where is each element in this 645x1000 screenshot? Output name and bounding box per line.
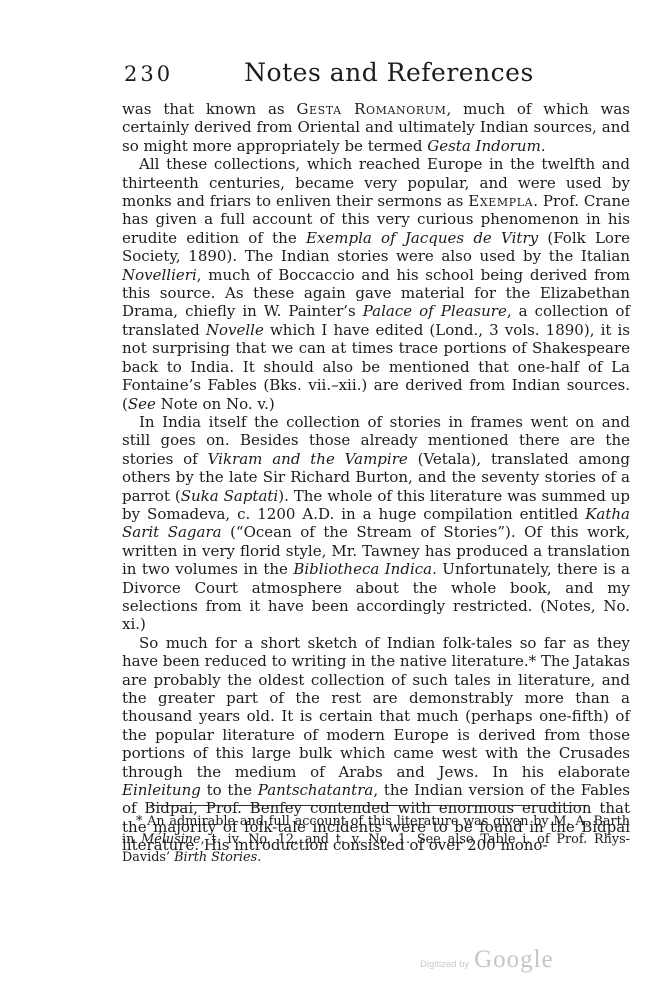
- italic-text: Bibliotheca Indica: [293, 560, 432, 578]
- text-run: Note on No. v.): [156, 395, 275, 413]
- italic-text: Mélusine: [141, 832, 201, 847]
- body-text: was that known as Gesta Romanorum, much …: [122, 100, 630, 855]
- paragraph: In India itself the collection of storie…: [122, 413, 630, 634]
- page-header: 230 Notes and References: [122, 58, 630, 90]
- italic-text: Einleitung: [122, 781, 201, 799]
- italic-text: Palace of Pleasure: [363, 302, 507, 320]
- italic-text: Vikram and the Vampire: [208, 450, 408, 468]
- smallcaps-text: Gesta Romanorum: [296, 100, 446, 118]
- digitized-by-label: Digitized by: [420, 959, 469, 970]
- italic-text: Pantschatantra: [258, 781, 374, 799]
- text-run: So much for a short sketch of Indian fol…: [122, 634, 630, 781]
- italic-text: Novellieri: [122, 266, 197, 284]
- italic-text: Novelle: [206, 321, 264, 339]
- paragraph: All these collections, which reached Eur…: [122, 155, 630, 413]
- italic-text: See: [128, 395, 156, 413]
- footnote-rule: [150, 805, 588, 806]
- smallcaps-text: Exempla: [468, 192, 533, 210]
- text-run: .: [257, 850, 261, 865]
- italic-text: Gesta Indorum: [427, 137, 541, 155]
- italic-text: Exempla of Jacques de Vitry: [306, 229, 538, 247]
- text-run: to the: [201, 781, 258, 799]
- italic-text: Suka Saptati: [181, 487, 279, 505]
- book-page: 230 Notes and References was that known …: [0, 0, 645, 1000]
- paragraph: was that known as Gesta Romanorum, much …: [122, 100, 630, 155]
- running-title: Notes and References: [122, 58, 630, 87]
- text-run: .: [541, 137, 546, 155]
- watermark: Digitized by Google: [420, 946, 554, 974]
- text-run: was that known as: [122, 100, 296, 118]
- google-logo: Google: [474, 946, 554, 974]
- footnote-paragraph: * An admirable and full account of this …: [122, 813, 630, 866]
- italic-text: Birth Stories: [174, 850, 257, 865]
- footnote: * An admirable and full account of this …: [122, 813, 630, 866]
